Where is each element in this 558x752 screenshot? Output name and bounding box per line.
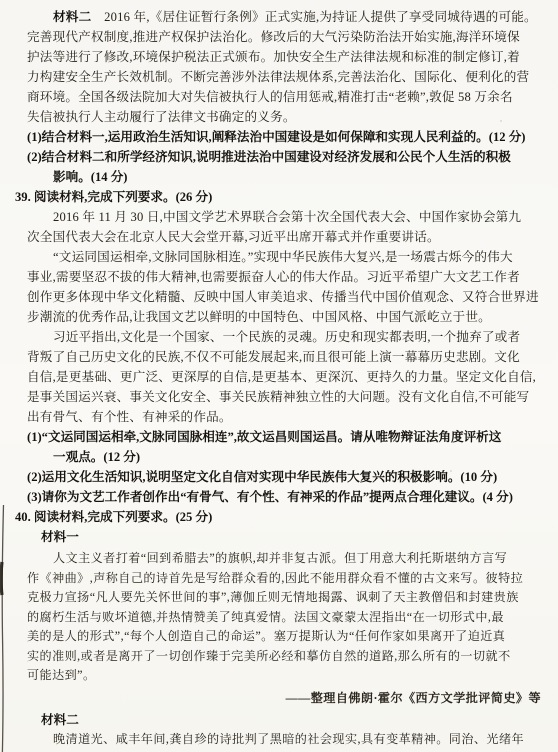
text-line: 出有骨气、有个性、有神采的作品。 [27,407,547,427]
question-40-heading: 40. 阅读材料,完成下列要求。(25 分) [15,507,547,527]
question-39-1-line2: 一观点。(12 分) [27,447,547,467]
material-2-bottom-paragraph: 晚清道光、咸丰年间,龚自珍的诗批判了黑暗的社会现实,具有变革精神。同治、光绪年 [27,730,547,750]
material-1-label: 材料一 [27,527,547,547]
text-line: 步潮流的优秀作品,让我国文艺以鲜明的中国特色、中国风格、中国气派屹立于世。 [27,307,547,327]
question-38-2-line1: (2)结合材料二和所学经济知识,说明推进法治中国建设对经济发展和公民个人生活的积… [27,147,547,167]
question-39-3: (3)请你为文艺工作者创作出“有骨气、有个性、有神采的作品”提两点合理化建议。(… [27,487,547,507]
material-2-top-paragraph: 材料二 2016 年,《居住证暂行条例》正式实施,为持证人提供了享受同城待遇的可… [27,7,547,127]
text-line: 人文主义者打着“回到希腊去”的旗帜,却并非复古派。但丁用意大利托斯堪纳方言写 [27,549,547,569]
text-line-rest: 2016 年,《居住证暂行条例》正式实施,为持证人提供了享受同城待遇的可能。 [91,10,536,24]
question-38-1: (1)结合材料一,运用政治生活知识,阐释法治中国建设是如何保障和实现人民利益的。… [27,127,547,147]
scan-artifact-left-edge [0,0,16,752]
text-line: 的腐朽生活与败坏道德,并热情赞美了纯真爱情。法国文豪蒙太涅指出“在一切形式中,最 [27,608,547,628]
source-attribution: ——整理自佛朗·霍尔《西方文学批评简史》等 [27,689,547,709]
text-line: 克极力宣扬“凡人要先关怀世间的事”,薄伽丘则无情地揭露、讽刺了天主教僧侣和封建贵… [27,588,547,608]
text-line: 美的是人的形式”,“每个人创造自己的命运”。塞万提斯认为“任何作家如果离开了迫近… [27,627,547,647]
text-line: 商环境。全国各级法院加大对失信被执行人的信用惩戒,精准打击“老赖”,敦促 58 … [27,87,547,107]
text-line: 2016 年 11 月 30 日,中国文学艺术界联合会第十次全国代表大会、中国作… [27,207,547,227]
text-line: 事业,需要坚忍不拔的伟大精神,也需要振奋人心的伟大作品。习近平希望广大文艺工作者 [27,267,547,287]
material-2-label: 材料二 [27,710,547,730]
document-text-column: 材料二 2016 年,《居住证暂行条例》正式实施,为持证人提供了享受同城待遇的可… [27,7,547,750]
question-39-1-line1: (1)“文运同国运相牵,文脉同国脉相连”,故文运昌则国运昌。请从唯物辩证法角度评… [27,427,547,447]
text-line: 背叛了自己历史文化的民族,不仅不可能发展起来,而且很可能上演一幕幕历史悲剧。文化 [27,347,547,367]
text-line: 力构建安全生产长效机制。不断完善涉外法律法规体系,完善法治化、国际化、便利化的营 [27,67,547,87]
text-line: “文运同国运相牵,文脉同国脉相连。”实现中华民族伟大复兴,是一场震古烁今的伟大 [27,247,547,267]
text-line: 是事关国运兴衰、事关文化安全、事关民族精神独立性的大问题。没有文化自信,不可能写 [27,387,547,407]
text-line: 作《神曲》,声称自己的诗首先是写给群众看的,因此不能用群众看不懂的古文来写。彼特… [27,569,547,589]
question-39-heading: 39. 阅读材料,完成下列要求。(26 分) [15,187,547,207]
text-line: 可能达到”。 [27,666,547,686]
material-2-inline-label: 材料二 [53,10,91,24]
text-line: 晚清道光、咸丰年间,龚自珍的诗批判了黑暗的社会现实,具有变革精神。同治、光绪年 [27,730,547,750]
text-line: 完善现代产权制度,推进产权保护法治化。修改后的大气污染防治法开始实施,海洋环境保 [27,27,547,47]
q39-speech-paragraph: “文运同国运相牵,文脉同国脉相连。”实现中华民族伟大复兴,是一场震古烁今的伟大 … [27,247,547,327]
text-line: 习近平指出,文化是一个国家、一个民族的灵魂。历史和现实都表明,一个抛弃了或者 [27,327,547,347]
text-line: 实的准则,或者是离开了一切创作臻于完美所必经和摹仿自然的道路,那么所有的一切就不 [27,647,547,667]
text-line: 材料二 2016 年,《居住证暂行条例》正式实施,为持证人提供了享受同城待遇的可… [27,7,547,27]
text-line: 失信被执行人主动履行了法律文书确定的义务。 [27,107,547,127]
exam-paper-page: 材料二 2016 年,《居住证暂行条例》正式实施,为持证人提供了享受同城待遇的可… [0,0,558,752]
question-38-2-line2: 影响。(14 分) [27,167,547,187]
text-line: 自信,是更基础、更广泛、更深厚的自信,是更基本、更深沉、更持久的力量。坚定文化自… [27,367,547,387]
q39-culture-paragraph: 习近平指出,文化是一个国家、一个民族的灵魂。历史和现实都表明,一个抛弃了或者 背… [27,327,547,427]
question-39-2: (2)运用文化生活知识,说明坚定文化自信对实现中华民族伟大复兴的积极影响。(10… [27,467,547,487]
material-1-paragraph: 人文主义者打着“回到希腊去”的旗帜,却并非复古派。但丁用意大利托斯堪纳方言写 作… [27,549,547,686]
text-line: 创作更多体现中华文化精髓、反映中国人审美追求、传播当代中国价值观念、又符合世界进 [27,287,547,307]
text-line: 护法等进行了修改,环境保护税法正式颁布。加快安全生产法律法规和标准的制定修订,着 [27,47,547,67]
text-line: 次全国代表大会在北京人民大会堂开幕,习近平出席开幕式并作重要讲话。 [27,227,547,247]
q39-intro-paragraph: 2016 年 11 月 30 日,中国文学艺术界联合会第十次全国代表大会、中国作… [27,207,547,247]
